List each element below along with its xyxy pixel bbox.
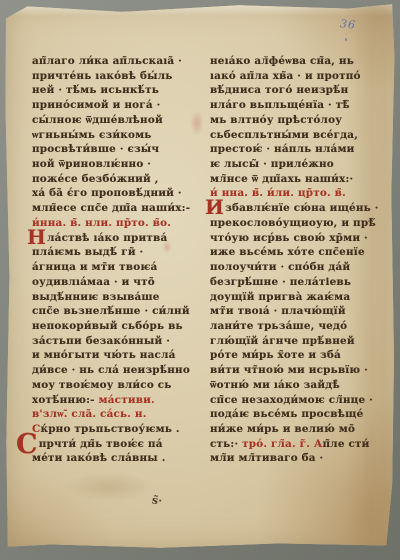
ink-text: спс̃е вьзнелѣ́нше · си́лнй	[32, 305, 190, 317]
manuscript-line: Спрчти́ дн̃ь твоѥ́є па́	[32, 437, 200, 452]
photo-background: 36 ап̃лаго ли́ка ап̃льскаıа̃ ·причте́нь …	[0, 0, 400, 560]
manuscript-line: причте́нь ıако́вѣ бы́ль	[32, 69, 200, 84]
ink-text: ви́ти чт̃ною́ ми исрьвїю ·	[210, 364, 368, 376]
manuscript-line: непокори́вый сьбо́рь вь	[32, 319, 200, 334]
manuscript-line: а́гница и мт̃и твоѥа́	[32, 260, 200, 275]
manuscript-line: нла́го вьпльще́нїа · тѣ̃	[210, 98, 378, 113]
foxing-spot	[64, 472, 154, 502]
manuscript-line: поже́се безбо́жний ,	[32, 172, 200, 187]
stain-bottom-left	[4, 471, 114, 551]
ink-text: ла́ствѣ ıа́ко притва́	[47, 232, 167, 244]
manuscript-line: неıа́ко ал̆фе́ѡва сн̃а, нь	[210, 54, 378, 69]
rubric-initial: И	[205, 202, 224, 212]
ink-text: поже́се безбо́жний ,	[32, 173, 159, 185]
manuscript-line: в'злѡ̃. сла̃. са́сь. н.	[32, 407, 200, 422]
manuscript-line: сы́лноѥ ѿдше́влѣной	[32, 113, 200, 128]
ink-text: престоѥ́ · на́пль нла́ми	[210, 143, 355, 155]
manuscript-line: за́стьпи безако́нный ·	[32, 334, 200, 349]
ink-dot	[345, 38, 347, 41]
manuscript-line: Избавлѥ́нїе сю́на ище́нь ·	[210, 201, 378, 216]
manuscript-line: просвѣти́вше · єзы́ч	[32, 142, 200, 157]
folio-number: 36	[339, 17, 356, 32]
ink-text: пла́ѥмь выдѣ́ ги̃ ·	[32, 246, 143, 258]
manuscript-line: Сќрно трьпьствоу́ѥмь .	[32, 422, 200, 437]
ink-text: за́стьпи безако́нный ·	[32, 335, 170, 347]
manuscript-page: 36 ап̃лаго ли́ка ап̃льскаıа̃ ·причте́нь …	[4, 2, 396, 551]
ink-text: ѡгньны́мь єзи́комь	[32, 129, 152, 141]
manuscript-line: Нла́ствѣ ıа́ко притва́	[32, 231, 200, 246]
manuscript-line: и́ нна. в̃. и́ли. цр̃то. в̃.	[210, 186, 378, 201]
ink-text: нла́го вьпльще́нїа · тѣ̃	[210, 99, 350, 111]
manuscript-line: оудивлıа́маа · и что̃	[32, 275, 200, 290]
ink-text: ѿотню́ ми ıа́ко зайдѣ̀	[210, 379, 340, 391]
manuscript-line: ме́ти ıако́вѣ сла́вны .	[32, 451, 200, 466]
manuscript-line: ной ѿриновлѥ́нно ·	[32, 157, 200, 172]
manuscript-line: сьбеспльтны́ми все́гда,	[210, 128, 378, 143]
ink-text: лани́те трьза́ше, чедо́	[210, 320, 347, 332]
manuscript-line: выдѣ́нниѥ взыва́ше	[32, 290, 200, 305]
manuscript-line: сп̃се незаходи́моѥ сл̃нце ·	[210, 393, 378, 408]
ink-text: доущїй пригва̀ жаѥ́ма	[210, 291, 350, 303]
left-column: ап̃лаго ли́ка ап̃льскаıа̃ ·причте́нь ıак…	[32, 54, 200, 466]
ink-text: оудивлıа́маа · и что̃	[32, 276, 155, 288]
manuscript-line: прекослово́ущиоую, и прѣ̃	[210, 216, 378, 231]
manuscript-line: пода́ѥ вьсе́мь просвѣще́	[210, 407, 378, 422]
ink-text: млн̃есе спс̃е дш̃а наши́х:-	[32, 202, 190, 214]
manuscript-line: ней · тѣ́мь исьнкѣ́ть	[32, 83, 200, 98]
ink-text: прчти́ дн̃ь твоѥ́є па́	[39, 438, 163, 450]
ink-text: просвѣти́вше · єзы́ч	[32, 143, 159, 155]
ink-text: п̃ле сти́	[323, 438, 370, 450]
manuscript-line: прино́симой и нога́ ·	[32, 98, 200, 113]
ink-text: ќрно трьпьствоу́ѥмь .	[40, 423, 179, 435]
manuscript-line: вѣ́дниса того́ неизрѣ́н	[210, 83, 378, 98]
manuscript-line: ѡгньны́мь єзи́комь	[32, 128, 200, 143]
ink-text: безгрѣ́шне · пела́тіевь	[210, 276, 351, 288]
ink-text: ѥ лысы̃ · приле́жно	[210, 158, 334, 170]
manuscript-line: мт̃и твоıа́ · плачю́щїй	[210, 304, 378, 319]
ink-text: хотѣ́нню:-	[32, 394, 95, 406]
ink-text: ни́же ми́рь и велию́ мо̃	[210, 423, 355, 435]
ink-text: сьбеспльтны́ми все́гда,	[210, 129, 358, 141]
ink-text: непокори́вый сьбо́рь вь	[32, 320, 183, 332]
manuscript-line: и́нна. в̃. нли. пр̃то. в̃о.	[32, 216, 200, 231]
ink-text: ха́ ба̃ є́го проповѣ́дний ·	[32, 187, 182, 199]
rubric-initial: Н	[27, 232, 46, 242]
manuscript-line: мл̃и мл̃тиваго б̃а ·	[210, 451, 378, 466]
ink-text: иже вьсе́мь хо́те спс̃енїе	[210, 246, 365, 258]
manuscript-line: спс̃е вьзнелѣ́нше · си́лнй	[32, 304, 200, 319]
manuscript-line: ро́те ми́рь х̃оте и зба́	[210, 348, 378, 363]
ink-text: вѣ́дниса того́ неизрѣ́н	[210, 84, 348, 96]
manuscript-line: доущїй пригва̀ жаѥ́ма	[210, 290, 378, 305]
manuscript-line: что́ую иср́вь свою́ хр̃ми ·	[210, 231, 378, 246]
manuscript-line: ıако́ ап̃ла хв̃а · и протпо́	[210, 69, 378, 84]
manuscript-line: и мно́гыти чю́ть насла́	[32, 348, 200, 363]
manuscript-line: глю́щїй а́гнче прѣ́вней	[210, 334, 378, 349]
ink-text: а́гница и мт̃и твоѥа́	[32, 261, 157, 273]
ink-text: неıа́ко ал̆фе́ѡва сн̃а, нь	[210, 55, 354, 67]
ink-text: что́ую иср́вь свою́ хр̃ми ·	[210, 232, 368, 244]
manuscript-line: престоѥ́ · на́пль нла́ми	[210, 142, 378, 157]
manuscript-line: ни́же ми́рь и велию́ мо̃	[210, 422, 378, 437]
manuscript-line: ха́ ба̃ є́го проповѣ́дний ·	[32, 186, 200, 201]
manuscript-line: ви́ти чт̃ною́ ми исрьвїю ·	[210, 363, 378, 378]
ink-text: сть:·	[210, 438, 238, 450]
manuscript-line: хотѣ́нню:- ма́стиви.	[32, 393, 200, 408]
manuscript-line: иже вьсе́мь хо́те спс̃енїе	[210, 245, 378, 260]
right-column: неıа́ко ал̆фе́ѡва сн̃а, ньıако́ ап̃ла хв…	[210, 54, 378, 466]
manuscript-line: полоучи́ти · спо́бн да́й	[210, 260, 378, 275]
rubric-text: и́нна. в̃. нли. пр̃то. в̃о.	[32, 217, 171, 229]
manuscript-line: сть:· тро́. гл̃а. г̃. Ап̃ле сти́	[210, 437, 378, 452]
ink-text: и мно́гыти чю́ть насла́	[32, 349, 176, 361]
manuscript-line: безгрѣ́шне · пела́тіевь	[210, 275, 378, 290]
ink-text: мл̃нсе ѿ дш̃ахь наши́х:·	[210, 173, 353, 185]
ink-text: моу твоѥ́моу вли́со сь	[32, 379, 172, 391]
ink-text: прекослово́ущиоую, и прѣ̃	[210, 217, 376, 229]
manuscript-line: ѿотню́ ми ıа́ко зайдѣ̀	[210, 378, 378, 393]
manuscript-line: мь влтно́у прѣсто́лоу	[210, 113, 378, 128]
ink-text: ро́те ми́рь х̃оте и зба́	[210, 349, 341, 361]
quire-mark: ѕ̃·	[151, 493, 163, 507]
ink-text: мт̃и твоıа́ · плачю́щїй	[210, 305, 346, 317]
rubric-text: ма́стиви.	[95, 394, 155, 406]
manuscript-line: моу твоѥ́моу вли́со сь	[32, 378, 200, 393]
manuscript-line: ап̃лаго ли́ка ап̃льскаıа̃ ·	[32, 54, 200, 69]
ink-text: ней · тѣ́мь исьнкѣ́ть	[32, 84, 159, 96]
page-edge-highlight	[4, 2, 396, 16]
ink-text: выдѣ́нниѥ взыва́ше	[32, 291, 160, 303]
ink-text: прино́симой и нога́ ·	[32, 99, 160, 111]
rubric-text: тро́. гл̃а. г̃. А	[238, 438, 322, 450]
ink-text: сы́лноѥ ѿдше́влѣной	[32, 114, 163, 126]
ink-text: мь влтно́у прѣсто́лоу	[210, 114, 342, 126]
ink-text: причте́нь ıако́вѣ бы́ль	[32, 70, 173, 82]
rubric-text: в'злѡ̃. сла̃. са́сь. н.	[32, 408, 147, 420]
text-block: ап̃лаго ли́ка ап̃льскаıа̃ ·причте́нь ıак…	[32, 54, 378, 466]
ink-text: пода́ѥ вьсе́мь просвѣще́	[210, 408, 363, 420]
ink-text: ной ѿриновлѥ́нно ·	[32, 158, 151, 170]
manuscript-line: лани́те трьза́ше, чедо́	[210, 319, 378, 334]
ink-text: сп̃се незаходи́моѥ сл̃нце ·	[210, 394, 373, 406]
ink-text: мл̃и мл̃тиваго б̃а ·	[210, 452, 323, 464]
ink-text: ıако́ ап̃ла хв̃а · и протпо́	[210, 70, 361, 82]
rubric-text: и́ нна. в̃. и́ли. цр̃то. в̃.	[210, 187, 346, 199]
ink-text: збавлѥ́нїе сю́на ище́нь ·	[225, 202, 378, 214]
manuscript-line: ѥ лысы̃ · приле́жно	[210, 157, 378, 172]
rubric-initial: С	[16, 440, 38, 450]
ink-text: ди́все · нь сла́ неизрѣ́нно	[32, 364, 190, 376]
ink-text: полоучи́ти · спо́бн да́й	[210, 261, 350, 273]
manuscript-line: млн̃есе спс̃е дш̃а наши́х:-	[32, 201, 200, 216]
manuscript-line: пла́ѥмь выдѣ́ ги̃ ·	[32, 245, 200, 260]
ink-text: ме́ти ıако́вѣ сла́вны .	[32, 452, 166, 464]
manuscript-line: мл̃нсе ѿ дш̃ахь наши́х:·	[210, 172, 378, 187]
manuscript-line: ди́все · нь сла́ неизрѣ́нно	[32, 363, 200, 378]
ink-text: ап̃лаго ли́ка ап̃льскаıа̃ ·	[32, 55, 182, 67]
ink-text: глю́щїй а́гнче прѣ́вней	[210, 335, 355, 347]
